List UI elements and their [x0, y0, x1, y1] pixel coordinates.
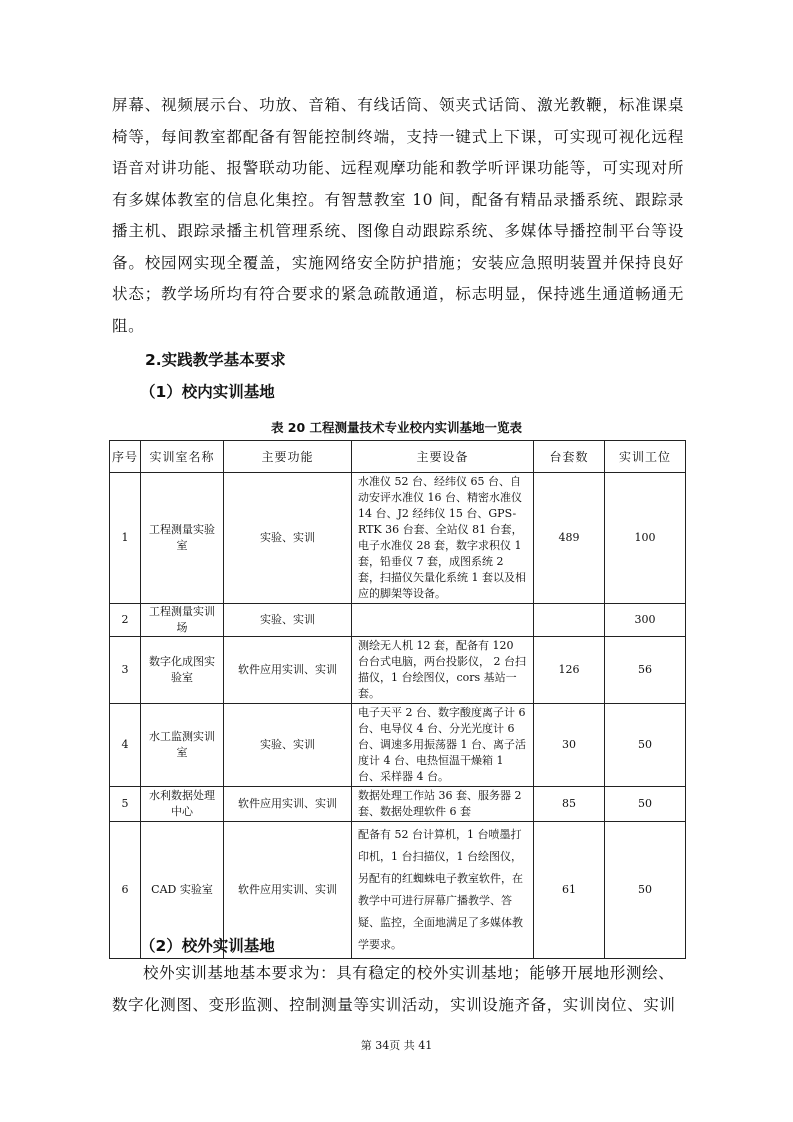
cell-stations: 50 — [605, 822, 686, 959]
text-line: 有多媒体教室的信息化集控。有智慧教室 10 间，配备有精品录播系统、跟踪录 — [112, 185, 684, 217]
cell-stations: 50 — [605, 787, 686, 822]
cell-no: 5 — [110, 787, 141, 822]
cell-stations: 100 — [605, 473, 686, 604]
text-line: 状态；教学场所均有符合要求的紧急疏散通道，标志明显，保持逃生通道畅通无 — [112, 279, 684, 311]
cell-sets: 61 — [534, 822, 605, 959]
cell-function: 实验、实训 — [224, 604, 352, 637]
cell-name: 工程测量实训场 — [141, 604, 224, 637]
intro-paragraph: 屏幕、视频展示台、功放、音箱、有线话筒、领夹式话筒、激光教鞭，标准课桌 椅等，每… — [112, 90, 684, 342]
cell-function: 实验、实训 — [224, 473, 352, 604]
cell-sets: 489 — [534, 473, 605, 604]
cell-no: 1 — [110, 473, 141, 604]
cell-equipment: 电子天平 2 台、数字酸度离子计 6 台、电导仪 4 台、分光光度计 6 台、调… — [352, 704, 534, 787]
cell-no: 6 — [110, 822, 141, 959]
text-line: 数字化测图、变形监测、控制测量等实训活动，实训设施齐备，实训岗位、实训 — [112, 990, 684, 1022]
text-line: 阻。 — [112, 311, 684, 343]
text-line: 校外实训基地基本要求为：具有稳定的校外实训基地；能够开展地形测绘、 — [112, 958, 684, 990]
cell-sets: 126 — [534, 637, 605, 704]
header-sets: 台套数 — [534, 441, 605, 473]
cell-equipment: 测绘无人机 12 套，配备有 120 台台式电脑，两台投影仪， 2 台扫描仪，1… — [352, 637, 534, 704]
text-line: 备。校园网实现全覆盖，实施网络安全防护措施；安装应急照明装置并保持良好 — [112, 248, 684, 280]
cell-function: 实验、实训 — [224, 704, 352, 787]
cell-no: 2 — [110, 604, 141, 637]
table-caption: 表 20 工程测量技术专业校内实训基地一览表 — [109, 418, 684, 436]
page-footer: 第 34页 共 41 — [0, 1037, 793, 1053]
cell-equipment: 数据处理工作站 36 套、服务器 2 套、数据处理软件 6 套 — [352, 787, 534, 822]
cell-stations: 56 — [605, 637, 686, 704]
cell-equipment — [352, 604, 534, 637]
table-row: 1 工程测量实验室 实验、实训 水准仪 52 台、经纬仪 65 台、自动安评水准… — [110, 473, 686, 604]
cell-equipment: 水准仪 52 台、经纬仪 65 台、自动安评水准仪 16 台、精密水准仪 14 … — [352, 473, 534, 604]
header-stations: 实训工位 — [605, 441, 686, 473]
table-row: 2 工程测量实训场 实验、实训 300 — [110, 604, 686, 637]
table-header-row: 序号 实训室名称 主要功能 主要设备 台套数 实训工位 — [110, 441, 686, 473]
cell-equipment: 配备有 52 台计算机，1 台喷墨打印机，1 台扫描仪，1 台绘图仪，另配有的红… — [352, 822, 534, 959]
text-line: 椅等，每间教室都配备有智能控制终端，支持一键式上下课，可实现可视化远程 — [112, 122, 684, 154]
section-heading: 2.实践教学基本要求 — [145, 348, 286, 370]
cell-no: 3 — [110, 637, 141, 704]
cell-function: 软件应用实训、实训 — [224, 787, 352, 822]
cell-no: 4 — [110, 704, 141, 787]
table-row: 4 水工监测实训室 实验、实训 电子天平 2 台、数字酸度离子计 6 台、电导仪… — [110, 704, 686, 787]
text-line: 屏幕、视频展示台、功放、音箱、有线话筒、领夹式话筒、激光教鞭，标准课桌 — [112, 90, 684, 122]
cell-stations: 300 — [605, 604, 686, 637]
training-base-table: 序号 实训室名称 主要功能 主要设备 台套数 实训工位 1 工程测量实验室 实验… — [109, 440, 686, 959]
cell-name: 水工监测实训室 — [141, 704, 224, 787]
cell-sets: 85 — [534, 787, 605, 822]
subsection-heading-external: （2）校外实训基地 — [140, 934, 275, 956]
cell-sets: 30 — [534, 704, 605, 787]
outro-paragraph: 校外实训基地基本要求为：具有稳定的校外实训基地；能够开展地形测绘、 数字化测图、… — [112, 958, 684, 1021]
header-no: 序号 — [110, 441, 141, 473]
cell-stations: 50 — [605, 704, 686, 787]
header-function: 主要功能 — [224, 441, 352, 473]
cell-name: 水利数据处理中心 — [141, 787, 224, 822]
cell-name: 数字化成图实验室 — [141, 637, 224, 704]
text-line: 播主机、跟踪录播主机管理系统、图像自动跟踪系统、多媒体导播控制平台等设 — [112, 216, 684, 248]
header-equipment: 主要设备 — [352, 441, 534, 473]
table-row: 5 水利数据处理中心 软件应用实训、实训 数据处理工作站 36 套、服务器 2 … — [110, 787, 686, 822]
subsection-heading-internal: （1）校内实训基地 — [140, 380, 275, 402]
cell-function: 软件应用实训、实训 — [224, 637, 352, 704]
table-row: 3 数字化成图实验室 软件应用实训、实训 测绘无人机 12 套，配备有 120 … — [110, 637, 686, 704]
header-name: 实训室名称 — [141, 441, 224, 473]
cell-name: 工程测量实验室 — [141, 473, 224, 604]
cell-sets — [534, 604, 605, 637]
text-line: 语音对讲功能、报警联动功能、远程观摩功能和教学听评课功能等，可实现对所 — [112, 153, 684, 185]
